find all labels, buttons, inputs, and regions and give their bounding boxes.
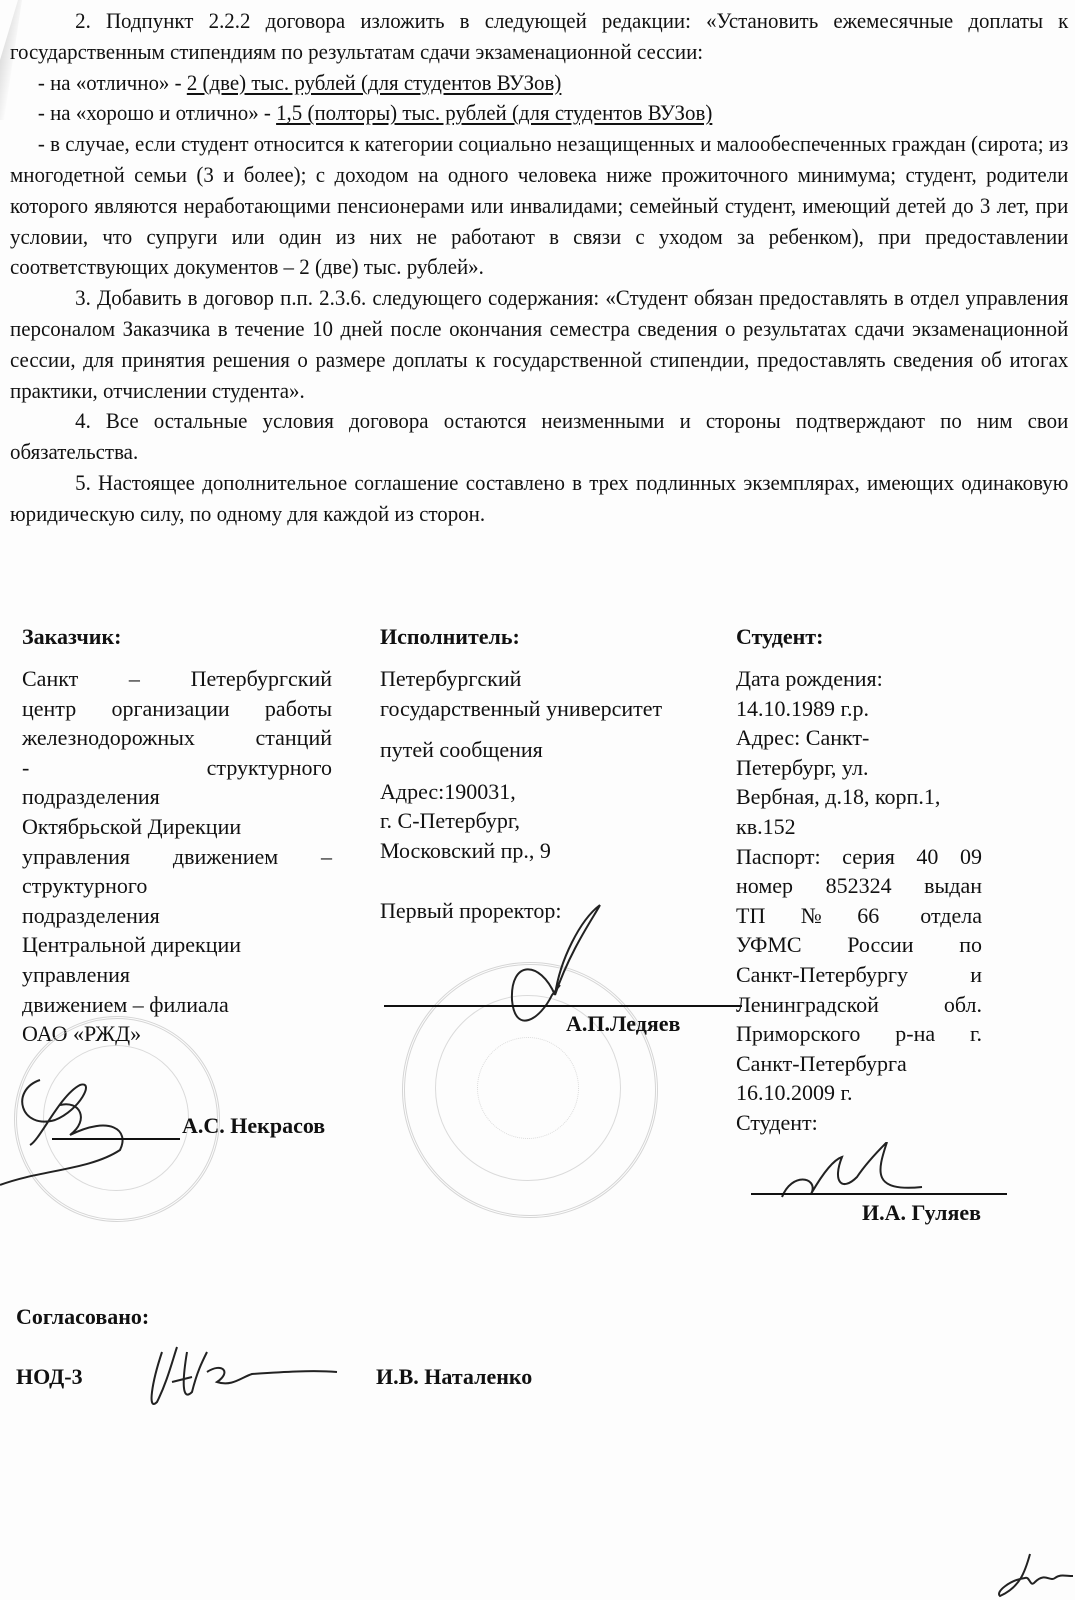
student-line: Приморского р-на г. bbox=[736, 1019, 982, 1049]
student-line: Вербная, д.18, корп.1, bbox=[736, 782, 982, 812]
clause-2-item-excellent: - на «отлично» - 2 (две) тыс. рублей (дл… bbox=[10, 68, 1068, 99]
party-student: Студент: Дата рождения: 14.10.1989 г.р. … bbox=[736, 622, 982, 1138]
customer-line: - структурного bbox=[22, 753, 332, 783]
item-prefix: - на «хорошо и отлично» - bbox=[38, 100, 276, 125]
student-heading: Студент: bbox=[736, 622, 982, 652]
student-signature-line bbox=[751, 1193, 1007, 1195]
student-line: Адрес: Санкт- bbox=[736, 723, 982, 753]
item-prefix: - на «отлично» - bbox=[38, 70, 187, 95]
contractor-name-line: государственный университет bbox=[380, 694, 720, 724]
student-line: ТП№66 отдела bbox=[736, 901, 982, 931]
party-customer: Заказчик: Санкт – Петербургский центр ор… bbox=[22, 622, 332, 1049]
customer-line: управления bbox=[22, 960, 332, 990]
approval-signatory: И.В. Наталенко bbox=[376, 1364, 532, 1390]
student-line: Дата рождения: bbox=[736, 664, 982, 694]
student-line: Петербург, ул. bbox=[736, 753, 982, 783]
approval-label: Согласовано: bbox=[16, 1304, 149, 1330]
customer-line: Центральной дирекции bbox=[22, 930, 332, 960]
student-line: Санкт-Петербурга bbox=[736, 1049, 982, 1079]
customer-line: подразделения bbox=[22, 901, 332, 931]
contractor-heading: Исполнитель: bbox=[380, 622, 720, 652]
customer-line: движением – филиала bbox=[22, 990, 332, 1020]
student-line: Паспорт: серия 40 09 bbox=[736, 842, 982, 872]
student-sign-label: Студент: bbox=[736, 1108, 982, 1138]
contractor-address-line: Московский пр., 9 bbox=[380, 836, 720, 866]
clause-4: 4. Все остальные условия договора остают… bbox=[10, 406, 1068, 468]
item-amount: 2 (две) тыс. рублей (для студентов ВУЗов… bbox=[187, 70, 562, 95]
contractor-address-line: г. С-Петербург, bbox=[380, 806, 720, 836]
customer-line: Октябрьской Дирекции bbox=[22, 812, 332, 842]
document-page: 2. Подпункт 2.2.2 договора изложить в сл… bbox=[0, 0, 1075, 1600]
approval-org: НОД-3 bbox=[16, 1364, 83, 1390]
customer-line: центр организации работы bbox=[22, 694, 332, 724]
contractor-signatory: А.П.Ледяев bbox=[566, 1011, 680, 1037]
party-contractor: Исполнитель: Петербургский государственн… bbox=[380, 622, 720, 925]
student-line: УФМС России по bbox=[736, 930, 982, 960]
contractor-name-line: Петербургский bbox=[380, 664, 720, 694]
page-initials-icon bbox=[995, 1552, 1075, 1600]
student-line: кв.152 bbox=[736, 812, 982, 842]
contractor-address-line: Адрес:190031, bbox=[380, 777, 720, 807]
student-line: 14.10.1989 г.р. bbox=[736, 694, 982, 724]
customer-signatory: А.С. Некрасов bbox=[182, 1113, 325, 1139]
student-line: Ленинградской обл. bbox=[736, 990, 982, 1020]
customer-signature-line bbox=[52, 1138, 180, 1140]
student-line: номер 852324 выдан bbox=[736, 871, 982, 901]
item-amount: 1,5 (полторы) тыс. рублей (для студентов… bbox=[276, 100, 712, 125]
clause-2: 2. Подпункт 2.2.2 договора изложить в сл… bbox=[10, 6, 1068, 68]
student-signatory: И.А. Гуляев bbox=[862, 1200, 981, 1226]
customer-heading: Заказчик: bbox=[22, 622, 332, 652]
agreement-body: 2. Подпункт 2.2.2 договора изложить в сл… bbox=[10, 6, 1068, 530]
customer-signature-icon bbox=[0, 1060, 200, 1190]
customer-line: управления движением – bbox=[22, 842, 332, 872]
customer-line: железнодорожных станций bbox=[22, 723, 332, 753]
customer-line: структурного bbox=[22, 871, 332, 901]
contractor-signature-line bbox=[384, 1005, 742, 1007]
customer-line: подразделения bbox=[22, 782, 332, 812]
contractor-name-line: путей сообщения bbox=[380, 735, 720, 765]
clause-3: 3. Добавить в договор п.п. 2.3.6. следую… bbox=[10, 283, 1068, 406]
approval-signature-icon bbox=[142, 1342, 342, 1422]
student-line: Санкт-Петербургу и bbox=[736, 960, 982, 990]
student-line: 16.10.2009 г. bbox=[736, 1078, 982, 1108]
clause-2-item-good-excellent: - на «хорошо и отлично» - 1,5 (полторы) … bbox=[10, 98, 1068, 129]
clause-5: 5. Настоящее дополнительное соглашение с… bbox=[10, 468, 1068, 530]
stamp-emblem bbox=[477, 1037, 579, 1139]
clause-2-item-social: - в случае, если студент относится к кат… bbox=[10, 129, 1068, 283]
customer-line: Санкт – Петербургский bbox=[22, 664, 332, 694]
